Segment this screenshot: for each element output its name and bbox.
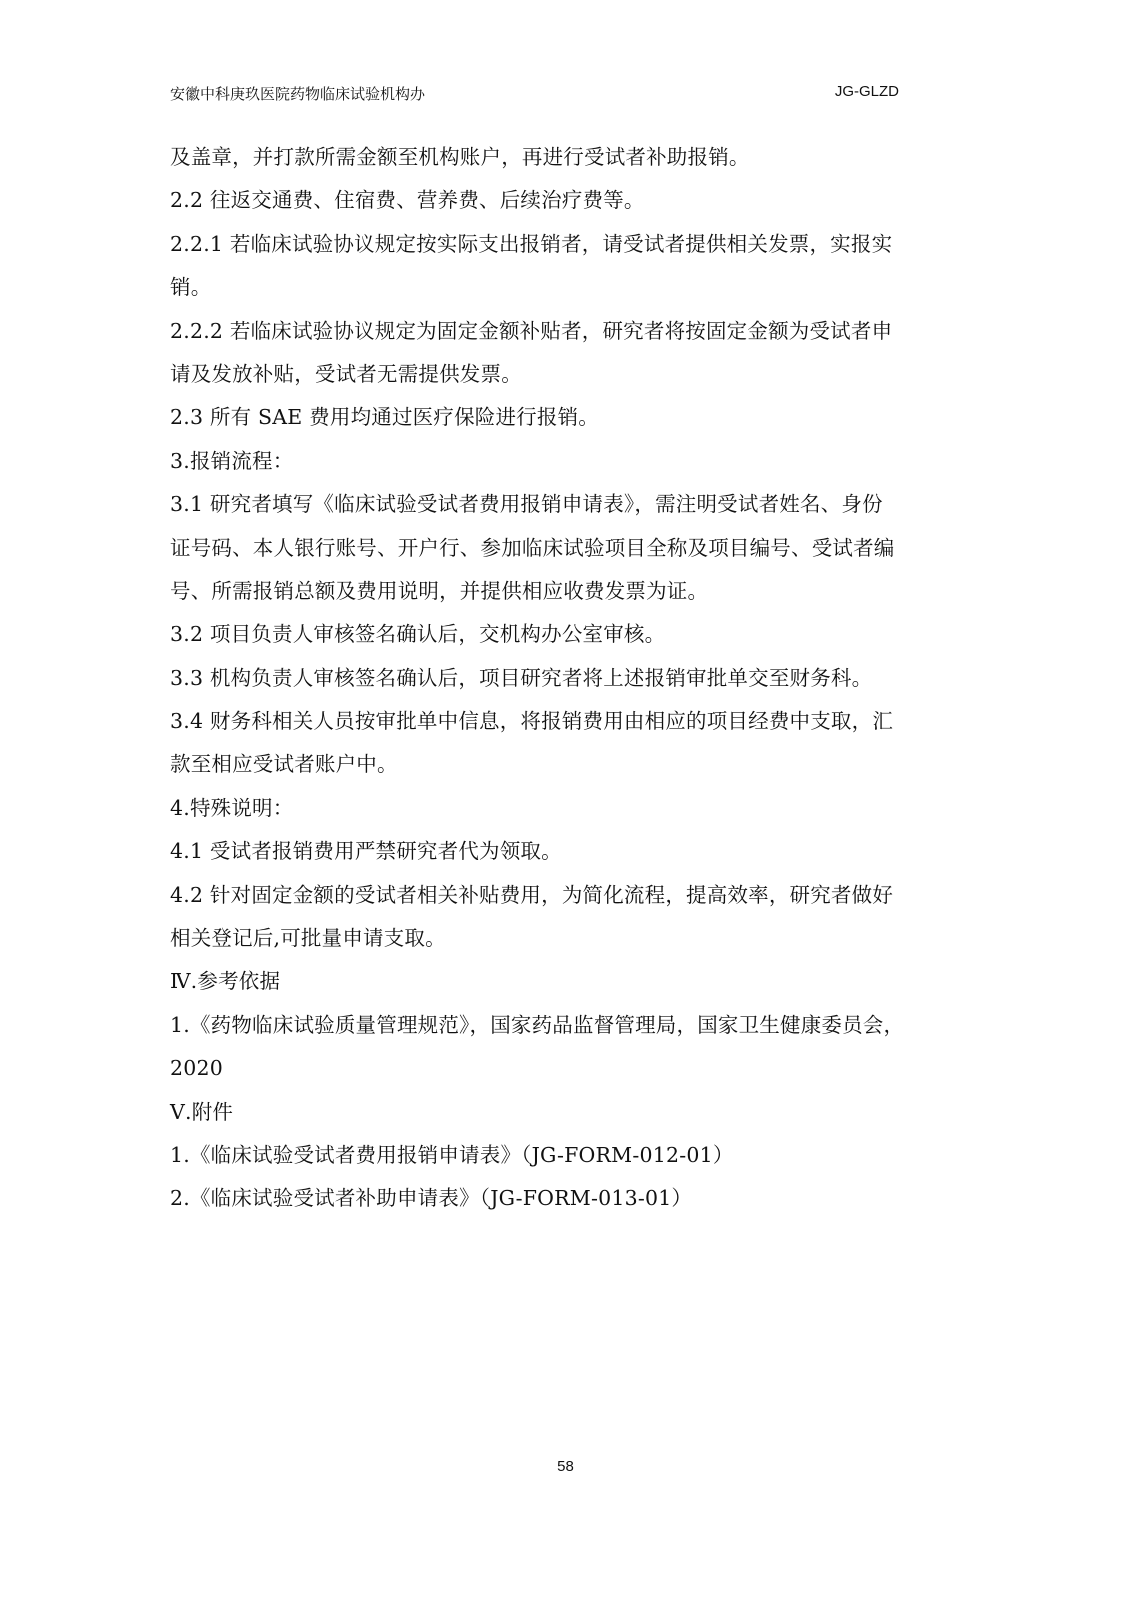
reference-item: 1.《药物临床试验质量管理规范》，国家药品监督管理局，国家卫生健康委员会，	[170, 1010, 960, 1053]
section-2-2: 2.2 往返交通费、住宿费、营养费、后续治疗费等。	[170, 185, 960, 228]
paragraph-line: 请及发放补贴，受试者无需提供发票。	[170, 359, 960, 402]
document-body: 及盖章，并打款所需金额至机构账户，再进行受试者补助报销。 2.2 往返交通费、住…	[170, 142, 960, 1227]
section-2-3: 2.3 所有 SAE 费用均通过医疗保险进行报销。	[170, 402, 960, 445]
header-organization: 安徽中科庚玖医院药物临床试验机构办	[170, 83, 425, 104]
section-3-heading: 3.报销流程：	[170, 446, 960, 489]
section-3-2: 3.2 项目负责人审核签名确认后，交机构办公室审核。	[170, 619, 960, 662]
header-document-code: JG-GLZD	[835, 83, 899, 100]
page-number: 58	[0, 1458, 1131, 1475]
attachment-item: 1.《临床试验受试者费用报销申请表》（JG-FORM-012-01）	[170, 1140, 960, 1183]
paragraph-line: 2020	[170, 1053, 960, 1096]
section-3-1: 3.1 研究者填写《临床试验受试者费用报销申请表》，需注明受试者姓名、身份	[170, 489, 960, 532]
attachments-heading: Ⅴ.附件	[170, 1097, 960, 1140]
section-3-4: 3.4 财务科相关人员按审批单中信息，将报销费用由相应的项目经费中支取，汇	[170, 706, 960, 749]
section-4-heading: 4.特殊说明：	[170, 793, 960, 836]
section-3-3: 3.3 机构负责人审核签名确认后，项目研究者将上述报销审批单交至财务科。	[170, 663, 960, 706]
section-2-2-1: 2.2.1 若临床试验协议规定按实际支出报销者，请受试者提供相关发票，实报实	[170, 229, 960, 272]
attachment-item: 2.《临床试验受试者补助申请表》（JG-FORM-013-01）	[170, 1183, 960, 1226]
section-4-2: 4.2 针对固定金额的受试者相关补贴费用，为简化流程，提高效率，研究者做好	[170, 880, 960, 923]
paragraph-line: 证号码、本人银行账号、开户行、参加临床试验项目全称及项目编号、受试者编	[170, 533, 960, 576]
page-header: 安徽中科庚玖医院药物临床试验机构办 JG-GLZD	[170, 83, 961, 107]
section-4-1: 4.1 受试者报销费用严禁研究者代为领取。	[170, 836, 960, 879]
references-heading: Ⅳ.参考依据	[170, 966, 960, 1009]
section-2-2-2: 2.2.2 若临床试验协议规定为固定金额补贴者，研究者将按固定金额为受试者申	[170, 316, 960, 359]
paragraph-line: 及盖章，并打款所需金额至机构账户，再进行受试者补助报销。	[170, 142, 960, 185]
document-page: 安徽中科庚玖医院药物临床试验机构办 JG-GLZD 及盖章，并打款所需金额至机构…	[0, 0, 1131, 1600]
paragraph-line: 号、所需报销总额及费用说明，并提供相应收费发票为证。	[170, 576, 960, 619]
paragraph-line: 相关登记后,可批量申请支取。	[170, 923, 960, 966]
paragraph-line: 销。	[170, 272, 960, 315]
paragraph-line: 款至相应受试者账户中。	[170, 749, 960, 792]
